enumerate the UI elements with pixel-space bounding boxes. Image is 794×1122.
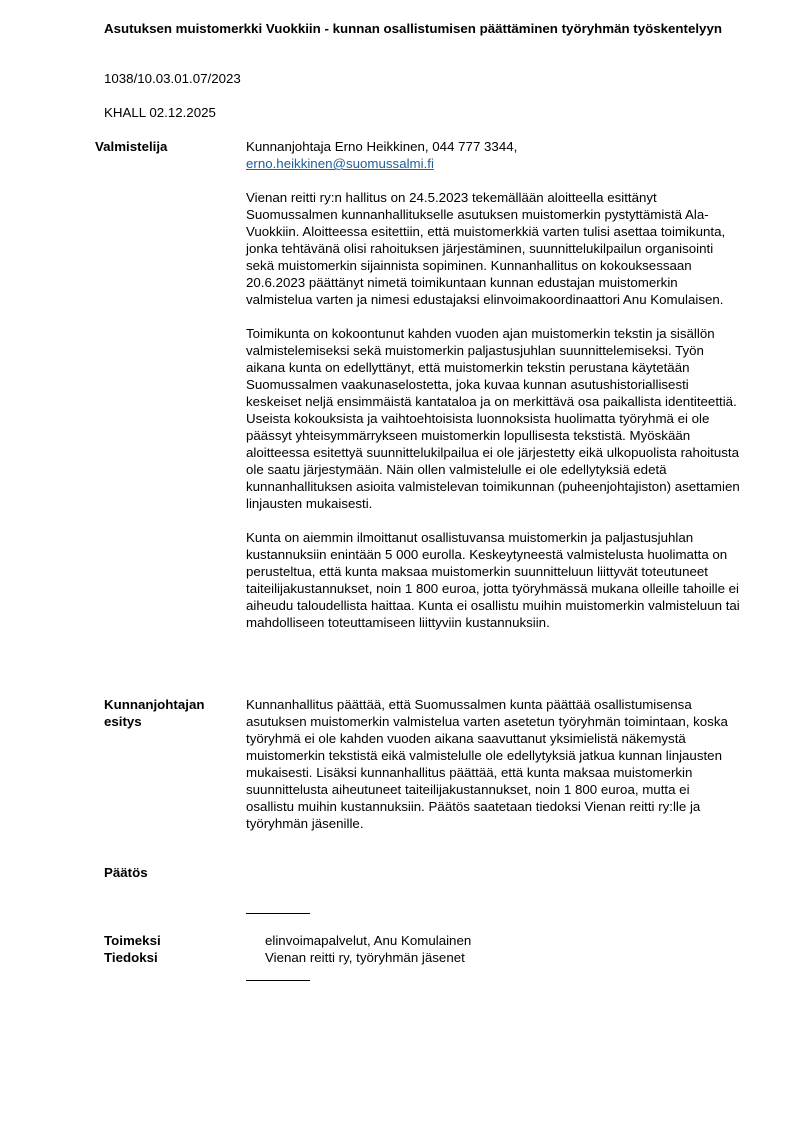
divider-bottom xyxy=(246,980,310,981)
diary-number: 1038/10.03.01.07/2023 xyxy=(104,70,241,87)
meeting-reference: KHALL 02.12.2025 xyxy=(104,104,216,121)
document-title: Asutuksen muistomerkki Vuokkiin - kunnan… xyxy=(104,20,724,37)
preparer-paragraph-3: Kunta on aiemmin ilmoittanut osallistuva… xyxy=(246,529,741,631)
preparer-email-link[interactable]: erno.heikkinen@suomussalmi.fi xyxy=(246,156,434,171)
preparer-contact: Kunnanjohtaja Erno Heikkinen, 044 777 33… xyxy=(246,138,741,172)
toimeksi-value: elinvoimapalvelut, Anu Komulainen xyxy=(265,932,471,949)
tiedoksi-label: Tiedoksi xyxy=(104,949,158,966)
toimeksi-label: Toimeksi xyxy=(104,932,161,949)
preparer-section: Kunnanjohtaja Erno Heikkinen, 044 777 33… xyxy=(246,138,741,648)
preparer-contact-line: Kunnanjohtaja Erno Heikkinen, 044 777 33… xyxy=(246,139,517,154)
preparer-paragraph-2: Toimikunta on kokoontunut kahden vuoden … xyxy=(246,325,741,512)
proposal-label: Kunnanjohtajan esitys xyxy=(104,696,234,730)
preparer-label: Valmistelija xyxy=(95,138,167,155)
tiedoksi-value: Vienan reitti ry, työryhmän jäsenet xyxy=(265,949,465,966)
preparer-paragraph-1: Vienan reitti ry:n hallitus on 24.5.2023… xyxy=(246,189,741,308)
decision-label: Päätös xyxy=(104,864,148,881)
proposal-text: Kunnanhallitus päättää, että Suomussalme… xyxy=(246,696,741,832)
proposal-section: Kunnanhallitus päättää, että Suomussalme… xyxy=(246,696,741,849)
divider-top xyxy=(246,913,310,914)
